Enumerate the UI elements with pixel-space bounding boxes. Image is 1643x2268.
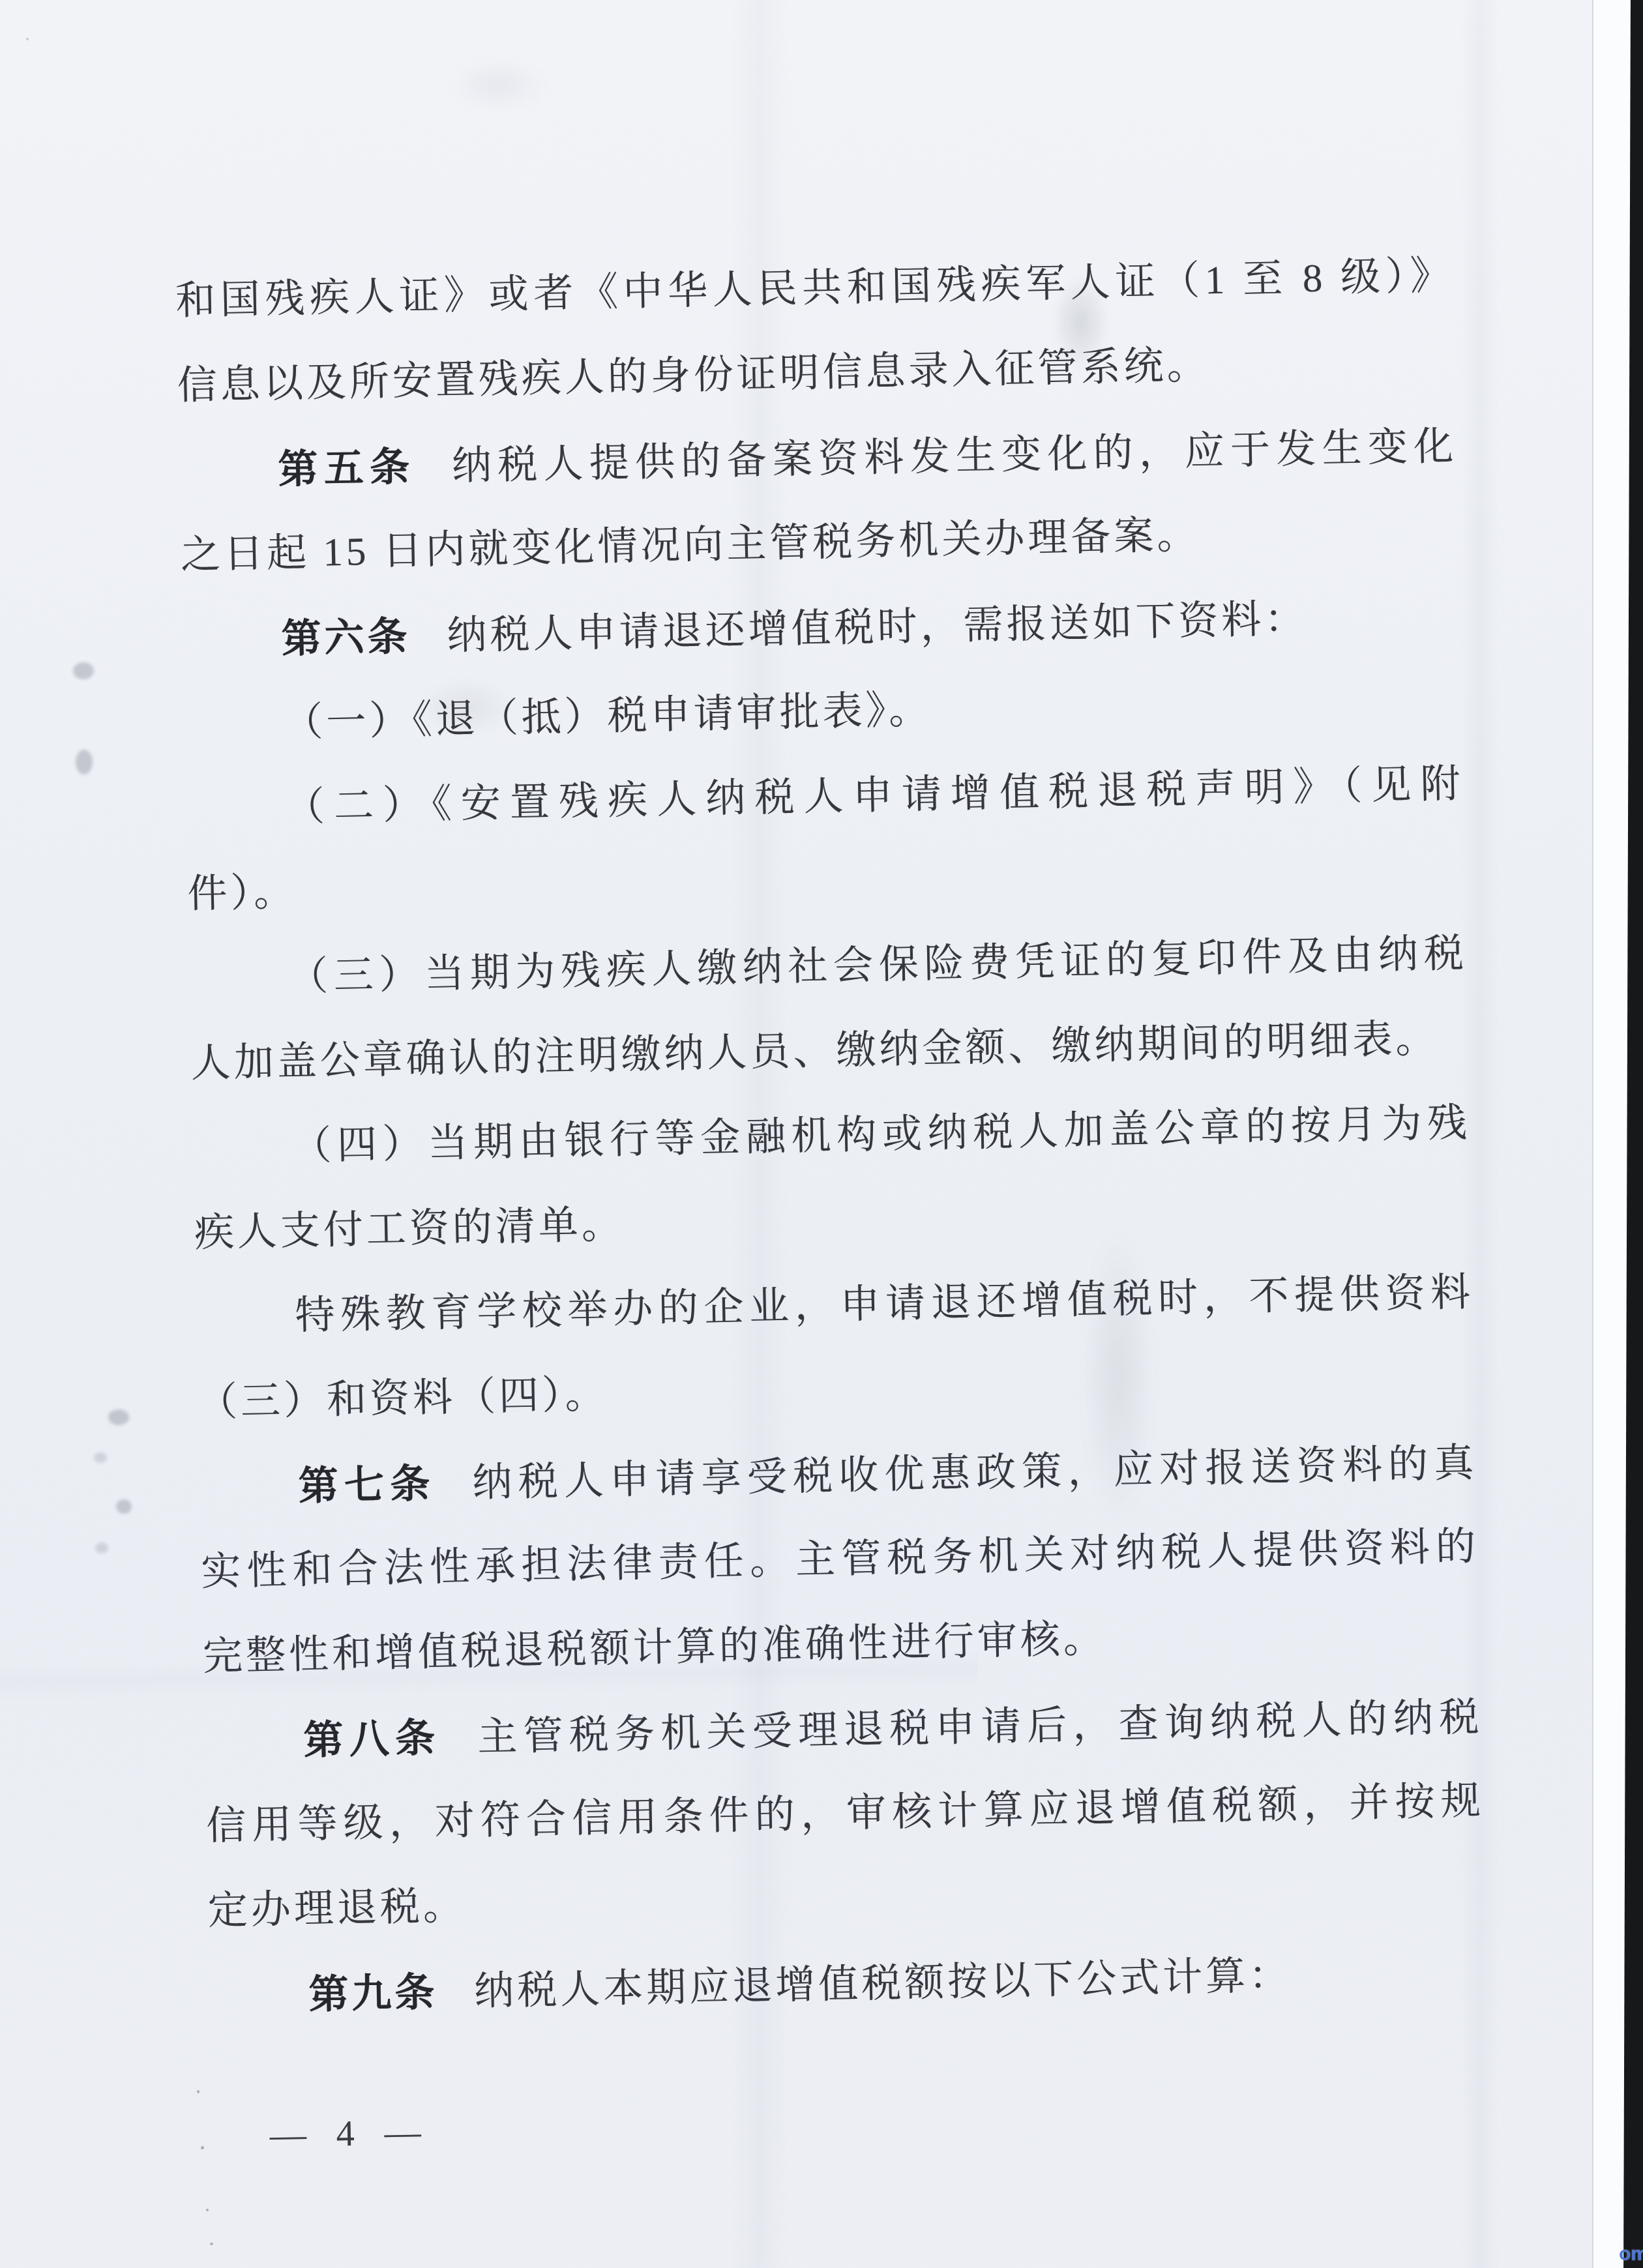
line-text: 定办理退税。 bbox=[207, 1885, 466, 1934]
line-text: （三）和资料（四）。 bbox=[198, 1373, 609, 1425]
line-text: 实性和合法性承担法律责任。主管税务机关对纳税人提供资料的 bbox=[201, 1525, 1479, 1594]
line-text: 完整性和增值税退税额计算的准确性进行审核。 bbox=[202, 1617, 1106, 1679]
article-number: 第五条 bbox=[278, 445, 416, 492]
line-text: 纳税人本期应退增值税额按以下公式计算： bbox=[474, 1954, 1292, 2014]
page-number: — 4 — bbox=[269, 2112, 432, 2157]
corner-watermark: om bbox=[1619, 2243, 1643, 2265]
dust-speck bbox=[197, 2090, 200, 2093]
line-text: 纳税人提供的备案资料发生变化的，应于发生变化 bbox=[452, 425, 1457, 489]
paper-smudge bbox=[94, 1452, 107, 1463]
paper-smudge bbox=[73, 662, 94, 679]
article-number: 第六条 bbox=[281, 614, 411, 661]
paper-smudge bbox=[108, 1409, 129, 1425]
line-text: 件）。 bbox=[187, 870, 297, 916]
dust-speck bbox=[210, 2243, 213, 2245]
line-text: 主管税务机关受理退税申请后，查询纳税人的纳税 bbox=[477, 1696, 1483, 1760]
paper-blotch bbox=[450, 59, 548, 111]
paper-smudge bbox=[76, 750, 93, 774]
line-text: 人加盖公章确认的注明缴纳人员、缴纳金额、缴纳期间的明细表。 bbox=[190, 1017, 1439, 1085]
paper-smudge bbox=[95, 1542, 108, 1554]
dust-speck bbox=[206, 2209, 209, 2211]
line-text: 纳税人申请退还增值税时，需报送如下资料： bbox=[447, 597, 1308, 658]
line-text: （三）当期为残疾人缴纳社会保险费凭证的复印件及由纳税 bbox=[288, 932, 1467, 999]
article-number: 第九条 bbox=[308, 1969, 438, 2016]
line-text: （二）《安置残疾人纳税人申请增值税退税声明》（见附 bbox=[284, 762, 1464, 829]
line-text: 特殊教育学校举办的企业，申请退还增值税时，不提供资料 bbox=[295, 1271, 1474, 1338]
line-text: 信用等级，对符合信用条件的，审核计算应退增值税额，并按规 bbox=[206, 1779, 1485, 1848]
article-number: 第七条 bbox=[298, 1461, 436, 1508]
line-text: 和国残疾人证》或者《中华人民共和国残疾军人证（1 至 8 级）》 bbox=[175, 254, 1454, 323]
article-number: 第八条 bbox=[303, 1715, 441, 1762]
line-text: （四）当期由银行等金融机构或纳税人加盖公章的按月为残 bbox=[291, 1101, 1471, 1168]
line-text: （一）《退（抵）税申请审批表》。 bbox=[283, 688, 932, 745]
paper-smudge bbox=[116, 1499, 132, 1514]
dust-speck bbox=[201, 2146, 204, 2149]
line-text: 信息以及所安置残疾人的身份证明信息录入征管系统。 bbox=[177, 344, 1210, 408]
line-text: 纳税人申请享受税收优惠政策，应对报送资料的真 bbox=[472, 1441, 1477, 1505]
line-text: 疾人支付工资的清单。 bbox=[194, 1203, 625, 1255]
dust-speck bbox=[26, 38, 29, 40]
scanned-document-page: 和国残疾人证》或者《中华人民共和国残疾军人证（1 至 8 级）》 信息以及所安置… bbox=[0, 0, 1643, 2268]
document-text-block: 和国残疾人证》或者《中华人民共和国残疾军人证（1 至 8 级）》 信息以及所安置… bbox=[175, 234, 1490, 2158]
line-text: 之日起 15 日内就变化情况向主管税务机关办理备案。 bbox=[180, 514, 1200, 578]
